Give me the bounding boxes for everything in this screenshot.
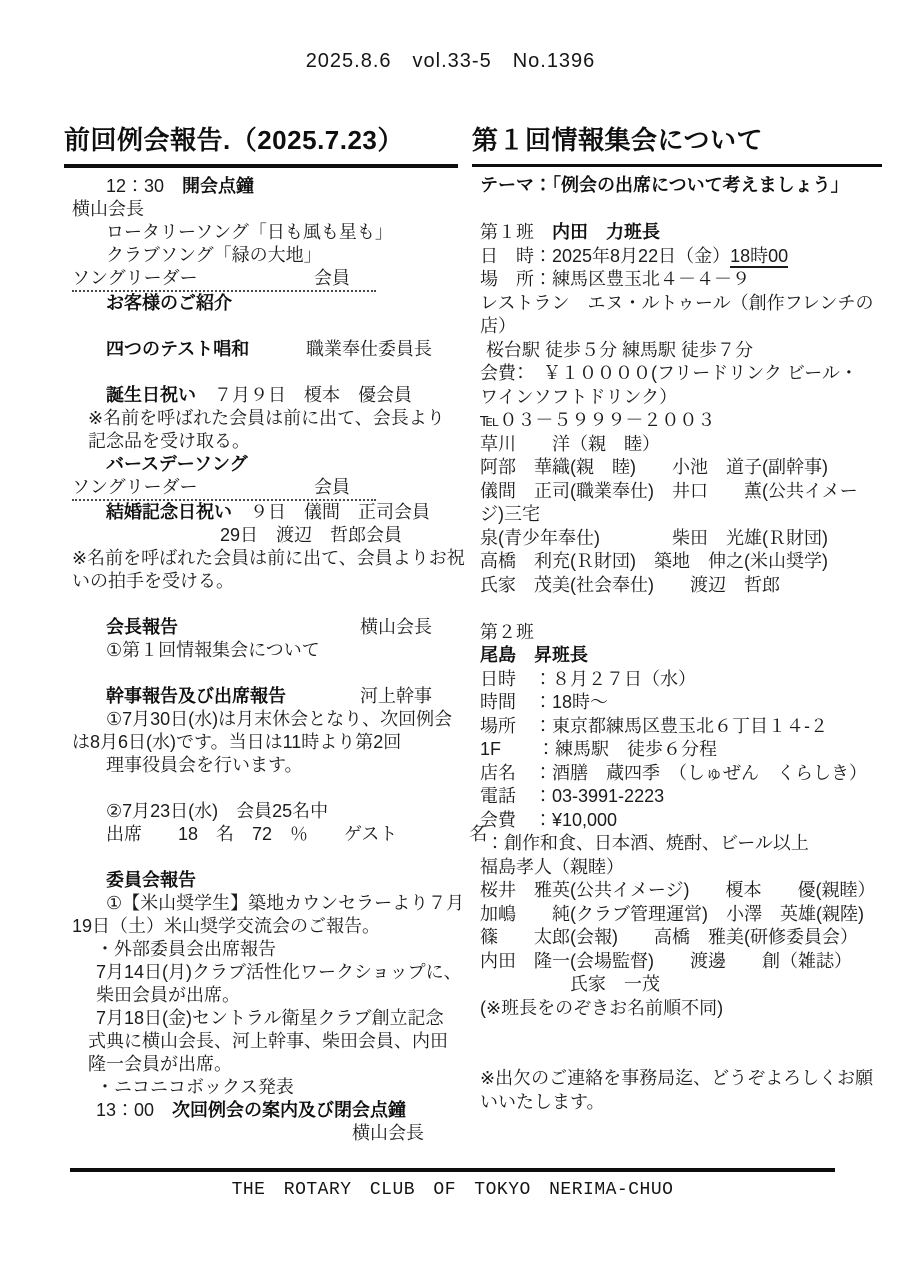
text-span: お客様のご紹介 — [106, 293, 232, 313]
text-span: 会費 ：¥10,000 — [480, 810, 617, 830]
text-line: 式典に横山会長、河上幹事、柴田会員、内田 — [72, 1030, 458, 1053]
text-line: 電話 ：03-3991-2223 — [480, 785, 882, 809]
text-line: ①第１回情報集会について — [72, 639, 458, 662]
text-line: (※班長をのぞきお名前順不同) — [480, 997, 882, 1021]
text-fragment: 7月18日(金)セントラル衛星クラブ創立記念 — [96, 1008, 443, 1028]
text-fragment: 12：30 — [106, 176, 182, 196]
text-span: 横山会長 — [72, 199, 144, 219]
text-fragment: 19日（土）米山奨学交流会のご報告。 — [72, 916, 380, 936]
text-line — [480, 198, 882, 222]
text-fragment: 開会点鐘 — [182, 176, 254, 196]
text-span: 日 時：2025年8月22日（金）18時00 — [480, 246, 788, 268]
text-line: 場所 ：東京都練馬区豊玉北６丁目１４-２ — [480, 715, 882, 739]
left-column: 前回例会報告.（2025.7.23） 12：30 開会点鐘横山会長ロータリーソン… — [64, 120, 458, 1145]
text-line: 柴田会員が出席。 — [72, 984, 458, 1007]
text-line: 7月14日(月)クラブ活性化ワークショップに、 — [72, 961, 458, 984]
text-fragment: 記念品を受け取る。 — [88, 431, 250, 451]
text-line: 内田 隆一(会場監督) 渡邊 創（雑誌） — [480, 950, 882, 974]
text-fragment: は8月6日(水)です。当日は11時より第2回 — [72, 732, 401, 752]
text-span: 19日（土）米山奨学交流会のご報告。 — [72, 916, 380, 936]
text-fragment: 7月14日(月)クラブ活性化ワークショップに、 — [96, 962, 462, 982]
text-line: 隆一会員が出席。 — [72, 1053, 458, 1076]
text-span: レストラン エヌ・ルトゥール（創作フレンチの — [480, 293, 873, 313]
text-line: レストラン エヌ・ルトゥール（創作フレンチの — [480, 292, 882, 316]
text-span: 結婚記念日祝い ９日 儀間 正司会員 — [106, 502, 430, 522]
text-span: 草川 洋（親 睦） — [480, 434, 660, 454]
text-span: ・外部委員会出席報告 — [96, 939, 276, 959]
text-line: 会費 ：¥10,000 — [480, 809, 882, 833]
text-fragment: 29日 渡辺 哲郎会員 — [220, 525, 402, 545]
text-span: 7月18日(金)セントラル衛星クラブ創立記念 — [96, 1008, 443, 1028]
text-line: バースデーソング — [72, 453, 458, 476]
text-fragment: ①第１回情報集会について — [106, 640, 320, 660]
text-span: 桜井 雅英(公共イメージ) 榎本 優(親睦） — [480, 880, 875, 900]
text-fragment: クラブソング「緑の大地」 — [106, 245, 322, 265]
text-span: 内田 隆一(会場監督) 渡邊 創（雑誌） — [480, 951, 852, 971]
text-fragment: 高橋 利充(Ｒ財団) 築地 伸之(米山奨学) — [480, 551, 828, 571]
text-fragment: ジ)三宅 — [480, 504, 540, 524]
text-fragment: いいたします。 — [480, 1092, 605, 1112]
text-fragment: 横山会長 — [352, 1123, 424, 1143]
text-span: 13：00 次回例会の案内及び閉会点鐘 — [96, 1100, 406, 1120]
text-line: ソングリーダー会員 — [72, 476, 376, 501]
text-span: ※名前を呼ばれた会員は前に出て、会長より — [88, 408, 445, 428]
text-fragment: 柴田会員が出席。 — [96, 985, 240, 1005]
text-span: 氏家 一茂 — [480, 974, 660, 994]
text-fragment: ソングリーダー — [72, 268, 198, 288]
text-line: 桜台駅 徒歩５分 練馬駅 徒歩７分 — [480, 339, 882, 363]
text-fragment: 会長報告 — [106, 617, 178, 637]
text-line: ソングリーダー会員 — [72, 267, 376, 292]
text-span: 1F ：練馬駅 徒歩６分程 — [480, 739, 717, 759]
text-span: ソングリーダー — [72, 476, 198, 499]
text-line: 泉(青少年奉仕) 柴田 光雄(Ｒ財団) — [480, 527, 882, 551]
text-span: 尾島 昇班長 — [480, 645, 588, 665]
text-span: 高橋 利充(Ｒ財団) 築地 伸之(米山奨学) — [480, 551, 828, 571]
text-span: 店） — [480, 316, 516, 336]
text-span: ジ)三宅 — [480, 504, 540, 524]
text-fragment: ①【米山奨学生】築地カウンセラーより７月 — [106, 893, 464, 913]
text-line: ※出欠のご連絡を事務局迄、どうぞよろしくお願 — [480, 1067, 882, 1091]
text-span: ※出欠のご連絡を事務局迄、どうぞよろしくお願 — [480, 1068, 873, 1088]
text-span: 式典に横山会長、河上幹事、柴田会員、内田 — [88, 1031, 448, 1051]
text-fragment: ※名前を呼ばれた会員は前に出て、会員よりお祝 — [72, 548, 465, 568]
text-span: 桜台駅 徒歩５分 練馬駅 徒歩７分 — [486, 340, 753, 360]
text-line: 19日（土）米山奨学交流会のご報告。 — [72, 915, 458, 938]
text-line: 場 所：練馬区豊玉北４－４－９ — [480, 268, 882, 292]
text-fragment: 隆一会員が出席。 — [88, 1054, 232, 1074]
text-right: 会員 — [314, 267, 376, 290]
text-fragment: (※班長をのぞきお名前順不同) — [480, 998, 723, 1018]
text-line: 出席 18 名 72 ％ ゲスト 名 — [72, 823, 458, 846]
text-line: 13：00 次回例会の案内及び閉会点鐘 — [72, 1099, 458, 1122]
text-line: 12：30 開会点鐘 — [72, 175, 458, 198]
text-line: 日時 ：８月２７日（水） — [480, 668, 882, 692]
text-line: 横山会長 — [72, 198, 458, 221]
text-fragment: 時間 ：18時～ — [480, 692, 608, 712]
text-fragment: 氏家 茂美(社会奉仕) 渡辺 哲郎 — [480, 575, 780, 595]
text-span: は8月6日(水)です。当日は11時より第2回 — [72, 732, 401, 752]
right-column-body: テーマ：「例会の出席について考えましょう」 第１班 内田 力班長日 時：2025… — [472, 174, 882, 1114]
text-line: 理事役員会を行います。 — [72, 754, 458, 777]
text-span: いの拍手を受ける。 — [72, 571, 234, 591]
text-span: ①7月30日(水)は月末休会となり、次回例会 — [106, 709, 452, 729]
text-line — [72, 846, 458, 869]
text-line: は8月6日(水)です。当日は11時より第2回 — [72, 731, 458, 754]
text-fragment: 阿部 華織(親 睦) 小池 道子(副幹事) — [480, 457, 828, 477]
text-fragment: ①7月30日(水)は月末休会となり、次回例会 — [106, 709, 452, 729]
text-line: 尾島 昇班長 — [480, 644, 882, 668]
text-line: 記念品を受け取る。 — [72, 430, 458, 453]
text-line: 7月18日(金)セントラル衛星クラブ創立記念 — [72, 1007, 458, 1030]
text-fragment: 会費： ￥１００００(フリードリンク ビール・ — [480, 363, 858, 383]
text-fragment: 結婚記念日祝い — [106, 502, 232, 522]
text-fragment: ℡０３－５９９９－２００３ — [480, 410, 715, 430]
text-fragment: レストラン エヌ・ルトゥール（創作フレンチの — [480, 293, 873, 313]
text-span: ソングリーダー — [72, 267, 198, 290]
text-span: 会長報告 — [106, 616, 178, 639]
text-line: 第２班 — [480, 621, 882, 645]
text-fragment: 第１班 — [480, 222, 552, 242]
left-column-body: 12：30 開会点鐘横山会長ロータリーソング「日も風も星も」クラブソング「緑の大… — [64, 175, 458, 1145]
text-fragment: 加嶋 純(クラブ管理運営) 小澤 英雄(親陸) — [480, 904, 864, 924]
text-line: 加嶋 純(クラブ管理運営) 小澤 英雄(親陸) — [480, 903, 882, 927]
text-span: 幹事報告及び出席報告 — [106, 685, 286, 708]
text-fragment: ：創作和食、日本酒、焼酎、ビール以上 — [486, 833, 809, 853]
text-line: 阿部 華織(親 睦) 小池 道子(副幹事) — [480, 456, 882, 480]
text-fragment: 出席 18 名 72 ％ ゲスト 名 — [106, 824, 487, 844]
text-line: 1F ：練馬駅 徒歩６分程 — [480, 738, 882, 762]
text-span: 29日 渡辺 哲郎会員 — [220, 525, 402, 545]
text-span: 儀間 正司(職業奉仕) 井口 薫(公共イメー — [480, 481, 858, 501]
text-span: 電話 ：03-3991-2223 — [480, 786, 664, 806]
text-span: ②7月23日(水) 会員25名中 — [106, 801, 328, 821]
text-line: 横山会長 — [72, 1122, 458, 1145]
text-fragment: 尾島 昇班長 — [480, 645, 588, 665]
text-line: 誕生日祝い ７月９日 榎本 優会員 — [72, 384, 458, 407]
text-span: 委員会報告 — [106, 870, 196, 890]
text-fragment: ワインソフトドリンク） — [480, 387, 677, 407]
footer-rule: THE ROTARY CLUB OF TOKYO NERIMA-CHUO — [70, 1168, 835, 1200]
text-span: 第２班 — [480, 622, 534, 642]
text-span: 場 所：練馬区豊玉北４－４－９ — [480, 269, 750, 289]
text-fragment: 福島孝人（親睦） — [480, 857, 624, 877]
text-span: バースデーソング — [106, 454, 248, 474]
text-line: いいたします。 — [480, 1091, 882, 1115]
text-fragment: いの拍手を受ける。 — [72, 571, 234, 591]
right-column: 第１回情報集会について テーマ：「例会の出席について考えましょう」 第１班 内田… — [472, 120, 882, 1114]
text-line: 会費： ￥１００００(フリードリンク ビール・ — [480, 362, 882, 386]
text-fragment: お客様のご紹介 — [106, 293, 232, 313]
text-line: ワインソフトドリンク） — [480, 386, 882, 410]
text-fragment: 篠 太郎(会報) 高橋 雅美(研修委員会） — [480, 927, 858, 947]
text-line — [72, 777, 458, 800]
text-line: ②7月23日(水) 会員25名中 — [72, 800, 458, 823]
text-fragment: ・ニコニコボックス発表 — [96, 1077, 294, 1097]
text-span: 理事役員会を行います。 — [106, 755, 303, 775]
text-span: 四つのテスト唱和 — [106, 338, 249, 361]
text-line — [72, 315, 458, 338]
text-span: ・ニコニコボックス発表 — [96, 1077, 294, 1097]
text-span: 出席 18 名 72 ％ ゲスト 名 — [106, 824, 487, 844]
text-span: クラブソング「緑の大地」 — [106, 245, 322, 265]
text-line: 29日 渡辺 哲郎会員 — [72, 524, 458, 547]
text-line: 氏家 一茂 — [480, 973, 882, 997]
text-right: 会員 — [314, 476, 376, 499]
text-span: 記念品を受け取る。 — [88, 431, 250, 451]
text-fragment: 日 時：2025年8月22日（金） — [480, 246, 730, 266]
text-span: (※班長をのぞきお名前順不同) — [480, 998, 723, 1018]
text-fragment: 泉(青少年奉仕) 柴田 光雄(Ｒ財団) — [480, 528, 828, 548]
text-span: 12：30 開会点鐘 — [106, 176, 254, 196]
text-line: 店名 ：酒膳 蔵四季 （しゅぜん くらしき） — [480, 762, 882, 786]
text-line: クラブソング「緑の大地」 — [72, 244, 458, 267]
text-line: 委員会報告 — [72, 869, 458, 892]
text-fragment: ９日 儀間 正司会員 — [232, 502, 430, 522]
text-span: ※名前を呼ばれた会員は前に出て、会員よりお祝 — [72, 548, 465, 568]
text-line: 儀間 正司(職業奉仕) 井口 薫(公共イメー — [480, 480, 882, 504]
text-fragment: 桜台駅 徒歩５分 練馬駅 徒歩７分 — [486, 340, 753, 360]
text-span: 会費： ￥１００００(フリードリンク ビール・ — [480, 363, 858, 383]
text-span: ワインソフトドリンク） — [480, 387, 677, 407]
text-right: 横山会長 — [360, 616, 458, 639]
text-line: 店） — [480, 315, 882, 339]
text-line: 第１班 内田 力班長 — [480, 221, 882, 245]
text-fragment: 場所 ：東京都練馬区豊玉北６丁目１４-２ — [480, 716, 828, 736]
left-column-title: 前回例会報告.（2025.7.23） — [64, 120, 458, 168]
text-line — [480, 597, 882, 621]
text-line: 桜井 雅英(公共イメージ) 榎本 優(親睦） — [480, 879, 882, 903]
text-line — [72, 662, 458, 685]
text-line: 日 時：2025年8月22日（金）18時00 — [480, 245, 882, 269]
text-fragment: 横山会長 — [72, 199, 144, 219]
text-line: ℡０３－５９９９－２００３ — [480, 409, 882, 433]
text-span: 日時 ：８月２７日（水） — [480, 669, 696, 689]
text-fragment: 氏家 一茂 — [480, 974, 660, 994]
text-fragment: 桜井 雅英(公共イメージ) 榎本 優(親睦） — [480, 880, 875, 900]
text-line: いの拍手を受ける。 — [72, 570, 458, 593]
text-fragment: ・外部委員会出席報告 — [96, 939, 276, 959]
text-fragment: 18時00 — [730, 246, 788, 268]
text-fragment: ②7月23日(水) 会員25名中 — [106, 801, 328, 821]
text-fragment: 電話 ：03-3991-2223 — [480, 786, 664, 806]
text-fragment: 内田 隆一(会場監督) 渡邊 創（雑誌） — [480, 951, 852, 971]
issue-line: 2025.8.6 vol.33-5 No.1396 — [0, 44, 901, 73]
text-fragment: 場 所：練馬区豊玉北４－４－９ — [480, 269, 750, 289]
text-span: 7月14日(月)クラブ活性化ワークショップに、 — [96, 962, 462, 982]
text-line — [72, 361, 458, 384]
text-span: 篠 太郎(会報) 高橋 雅美(研修委員会） — [480, 927, 858, 947]
text-line: 四つのテスト唱和職業奉仕委員長 — [72, 338, 458, 361]
text-line: ※名前を呼ばれた会員は前に出て、会長より — [72, 407, 458, 430]
text-line: 結婚記念日祝い ９日 儀間 正司会員 — [72, 501, 458, 524]
text-span: テーマ：「例会の出席について考えましょう」 — [480, 175, 849, 195]
text-line: お客様のご紹介 — [72, 292, 458, 315]
text-fragment: バースデーソング — [106, 454, 248, 474]
text-line: 篠 太郎(会報) 高橋 雅美(研修委員会） — [480, 926, 882, 950]
text-line: ロータリーソング「日も風も星も」 — [72, 221, 458, 244]
text-line — [480, 1044, 882, 1068]
text-fragment: ソングリーダー — [72, 477, 198, 497]
text-fragment: 内田 力班長 — [552, 222, 660, 242]
text-fragment: テーマ：「例会の出席について考えましょう」 — [480, 175, 849, 195]
text-line: 幹事報告及び出席報告河上幹事 — [72, 685, 458, 708]
footer-club-name: THE ROTARY CLUB OF TOKYO NERIMA-CHUO — [70, 1172, 835, 1200]
text-span: 加嶋 純(クラブ管理運営) 小澤 英雄(親陸) — [480, 904, 864, 924]
text-fragment: 草川 洋（親 睦） — [480, 434, 660, 454]
text-line: ①7月30日(水)は月末休会となり、次回例会 — [72, 708, 458, 731]
text-line: 時間 ：18時～ — [480, 691, 882, 715]
text-span: ロータリーソング「日も風も星も」 — [106, 222, 393, 242]
text-fragment: 店名 ：酒膳 蔵四季 （しゅぜん くらしき） — [480, 763, 867, 783]
text-fragment: 第２班 — [480, 622, 534, 642]
text-fragment: 会費 ：¥10,000 — [480, 810, 617, 830]
text-line: ①【米山奨学生】築地カウンセラーより７月 — [72, 892, 458, 915]
text-span: 阿部 華織(親 睦) 小池 道子(副幹事) — [480, 457, 828, 477]
text-span: 泉(青少年奉仕) 柴田 光雄(Ｒ財団) — [480, 528, 828, 548]
text-fragment: ７月９日 榎本 優会員 — [196, 385, 412, 405]
text-line: ※名前を呼ばれた会員は前に出て、会員よりお祝 — [72, 547, 458, 570]
text-span: 第１班 内田 力班長 — [480, 222, 660, 242]
text-fragment: 次回例会の案内及び閉会点鐘 — [172, 1100, 406, 1120]
text-span: 時間 ：18時～ — [480, 692, 608, 712]
text-line: 氏家 茂美(社会奉仕) 渡辺 哲郎 — [480, 574, 882, 598]
text-fragment: 1F ：練馬駅 徒歩６分程 — [480, 739, 717, 759]
text-fragment: 式典に横山会長、河上幹事、柴田会員、内田 — [88, 1031, 448, 1051]
text-span: 場所 ：東京都練馬区豊玉北６丁目１４-２ — [480, 716, 828, 736]
text-right: 職業奉仕委員長 — [306, 338, 458, 361]
text-span: 隆一会員が出席。 — [88, 1054, 232, 1074]
text-line: ：創作和食、日本酒、焼酎、ビール以上 — [480, 832, 882, 856]
text-line: ジ)三宅 — [480, 503, 882, 527]
text-line — [72, 593, 458, 616]
text-line: ・外部委員会出席報告 — [72, 938, 458, 961]
text-line: 高橋 利充(Ｒ財団) 築地 伸之(米山奨学) — [480, 550, 882, 574]
text-fragment: 理事役員会を行います。 — [106, 755, 303, 775]
text-line: 草川 洋（親 睦） — [480, 433, 882, 457]
text-fragment: 店） — [480, 316, 516, 336]
text-fragment: ※出欠のご連絡を事務局迄、どうぞよろしくお願 — [480, 1068, 873, 1088]
text-fragment: 四つのテスト唱和 — [106, 339, 249, 359]
text-fragment: 儀間 正司(職業奉仕) 井口 薫(公共イメー — [480, 481, 858, 501]
text-fragment: 委員会報告 — [106, 870, 196, 890]
text-span: ①【米山奨学生】築地カウンセラーより７月 — [106, 893, 464, 913]
text-span: ①第１回情報集会について — [106, 640, 320, 660]
right-column-title: 第１回情報集会について — [472, 120, 882, 167]
text-fragment: ロータリーソング「日も風も星も」 — [106, 222, 393, 242]
text-span: いいたします。 — [480, 1092, 605, 1112]
page: 2025.8.6 vol.33-5 No.1396 前回例会報告.（2025.7… — [0, 0, 901, 1280]
text-fragment: 日時 ：８月２７日（水） — [480, 669, 696, 689]
text-line: ・ニコニコボックス発表 — [72, 1076, 458, 1099]
text-fragment: 幹事報告及び出席報告 — [106, 686, 286, 706]
text-right: 河上幹事 — [360, 685, 458, 708]
text-span: ：創作和食、日本酒、焼酎、ビール以上 — [486, 833, 809, 853]
text-line: テーマ：「例会の出席について考えましょう」 — [480, 174, 882, 198]
text-fragment: ※名前を呼ばれた会員は前に出て、会長より — [88, 408, 445, 428]
text-fragment: 13：00 — [96, 1100, 172, 1120]
text-span: 誕生日祝い ７月９日 榎本 優会員 — [106, 385, 412, 405]
text-span: 柴田会員が出席。 — [96, 985, 240, 1005]
text-line — [480, 1020, 882, 1044]
text-span: 店名 ：酒膳 蔵四季 （しゅぜん くらしき） — [480, 763, 867, 783]
text-line: 福島孝人（親睦） — [480, 856, 882, 880]
text-span: 横山会長 — [352, 1123, 424, 1143]
text-span: ℡０３－５９９９－２００３ — [480, 410, 715, 430]
text-span: 氏家 茂美(社会奉仕) 渡辺 哲郎 — [480, 575, 780, 595]
text-span: 福島孝人（親睦） — [480, 857, 624, 877]
text-fragment: 誕生日祝い — [106, 385, 196, 405]
text-line: 会長報告横山会長 — [72, 616, 458, 639]
